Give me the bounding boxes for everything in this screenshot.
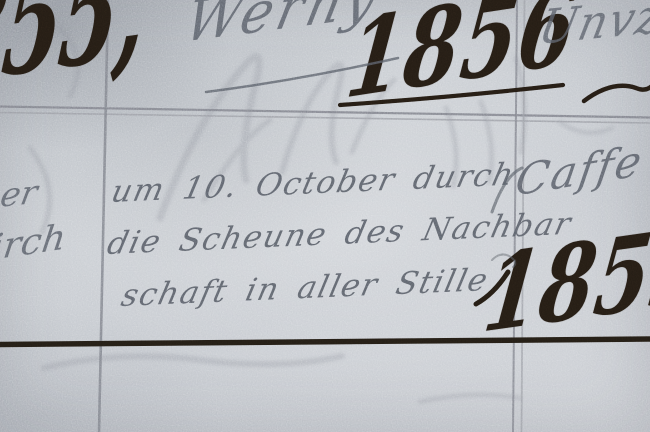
- top-right-word-fragment: Unvz: [534, 0, 650, 56]
- left-column-fragment-2: hirch: [0, 217, 68, 272]
- swash-top-right: [584, 86, 650, 101]
- horizontal-double-rule-upper: [0, 107, 650, 118]
- left-column-fragment-1: ker: [0, 172, 41, 217]
- entry-text-line-1: um 10. October durch: [108, 157, 518, 210]
- ghost-stroke: [560, 122, 612, 133]
- right-column-word: Caffe: [512, 136, 647, 206]
- archival-register-photo: 855, Werny 1856 Unvz ker hirch um 10. Oc…: [0, 0, 650, 432]
- ghost-stroke: [420, 395, 520, 402]
- entry-text-line-3: schaft in aller Stille: [118, 262, 492, 314]
- ghost-stroke: [282, 65, 342, 172]
- horizontal-double-rule-lower: [0, 113, 650, 124]
- year-1855-top-left-fragment: 855,: [0, 0, 152, 116]
- ghost-stroke: [44, 356, 342, 368]
